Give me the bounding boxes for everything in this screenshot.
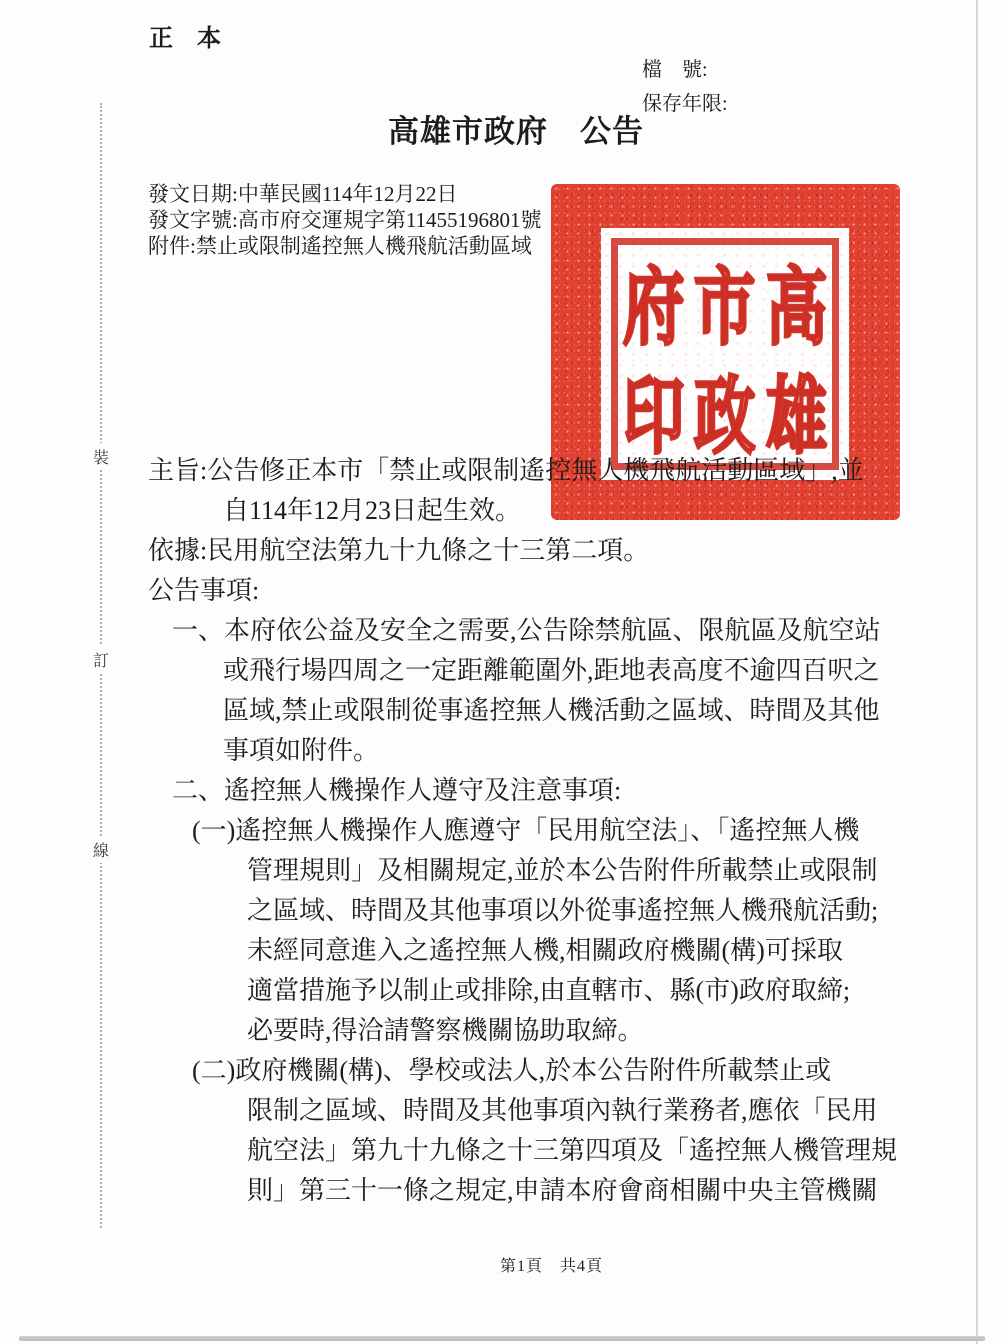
binding-char-ding: 訂 <box>93 646 109 673</box>
body-line: 未經同意進入之遙控無人機,相關政府機關(構)可採取 <box>148 931 978 971</box>
body-line: 主旨:公告修正本市「禁止或限制遙控無人機飛航活動區域」,並 <box>148 451 978 491</box>
body-line: 之區域、時間及其他事項以外從事遙控無人機飛航活動; <box>148 891 978 931</box>
binding-char-xian: 線 <box>93 836 109 863</box>
body-line: 或飛行場四周之一定距離範圍外,距地表高度不逾四百呎之 <box>148 651 978 691</box>
body-line: 事項如附件。 <box>148 731 978 771</box>
body-line: 依據:民用航空法第九十九條之十三第二項。 <box>148 531 978 571</box>
binding-char-zhuang: 裝 <box>93 443 109 470</box>
page-edge-shadow <box>19 1336 985 1341</box>
body-line: 區域,禁止或限制從事遙控無人機活動之區域、時間及其他 <box>148 691 978 731</box>
file-number-label: 檔 號: <box>642 53 708 82</box>
body-line: (二)政府機關(構)、學校或法人,於本公告附件所載禁止或 <box>148 1051 978 1091</box>
body-line: 則」第三十一條之規定,申請本府會商相關中央主管機關 <box>148 1171 978 1211</box>
body-line: 限制之區域、時間及其他事項內執行業務者,應依「民用 <box>148 1091 978 1131</box>
body-line: 自114年12月23日起生效。 <box>148 491 978 531</box>
announcement-body: 主旨:公告修正本市「禁止或限制遙控無人機飛航活動區域」,並自114年12月23日… <box>148 451 978 1211</box>
body-line: 管理規則」及相關規定,並於本公告附件所載禁止或限制 <box>148 851 978 891</box>
document-title: 高雄市政府 公告 <box>388 106 644 151</box>
seal-inner-area: 府市高印政雄 <box>601 228 849 480</box>
attachment-line: 附件:禁止或限制遙控無人機飛航活動區域 <box>148 233 542 259</box>
document-meta-block: 發文日期:中華民國114年12月22日 發文字號:高市府交運規字第1145519… <box>148 181 542 259</box>
issue-date-line: 發文日期:中華民國114年12月22日 <box>148 181 542 207</box>
body-line: 航空法」第九十九條之十三第四項及「遙控無人機管理規 <box>148 1131 978 1171</box>
seal-character-frame: 府市高印政雄 <box>611 238 839 470</box>
issue-number-line: 發文字號:高市府交運規字第11455196801號 <box>148 207 542 233</box>
body-line: 一、本府依公益及安全之需要,公告除禁航區、限航區及航空站 <box>148 611 978 651</box>
body-line: 適當措施予以制止或排除,由直轄市、縣(市)政府取締; <box>148 971 978 1011</box>
body-line: 二、遙控無人機操作人遵守及注意事項: <box>148 771 978 811</box>
retention-period-label: 保存年限: <box>642 87 728 116</box>
body-line: 公告事項: <box>148 571 978 611</box>
body-line: (一)遙控無人機操作人應遵守「民用航空法」、「遙控無人機 <box>148 811 978 851</box>
page-footer: 第1頁 共4頁 <box>500 1253 603 1276</box>
body-line: 必要時,得洽請警察機關協助取締。 <box>148 1011 978 1051</box>
copy-type-label: 正 本 <box>149 18 221 53</box>
